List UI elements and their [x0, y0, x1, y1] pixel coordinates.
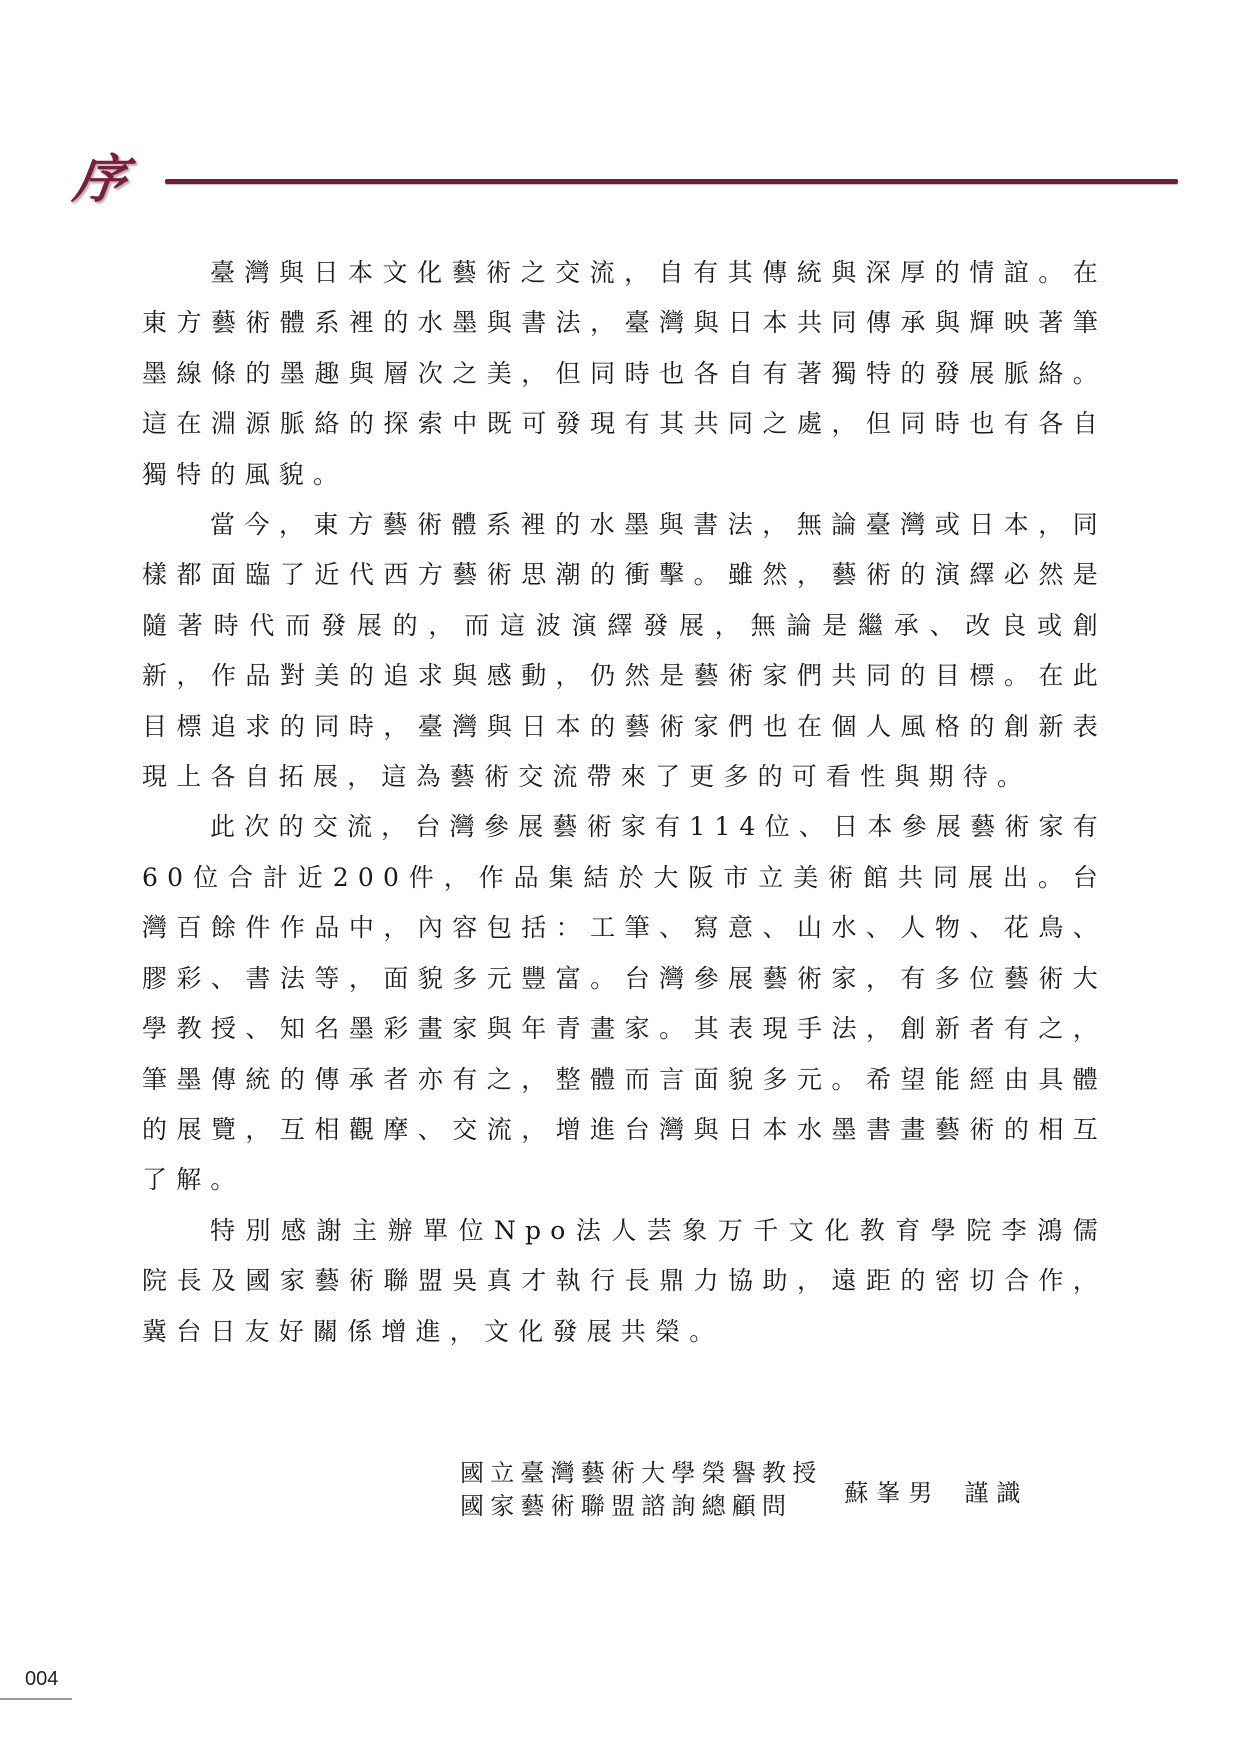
header-divider [165, 179, 1178, 184]
paragraph: 臺灣與日本文化藝術之交流，自有其傳統與深厚的情誼。在東方藝術體系裡的水墨與書法，… [142, 248, 1107, 500]
paragraph: 當今，東方藝術體系裡的水墨與書法，無論臺灣或日本，同樣都面臨了近代西方藝術思潮的… [142, 500, 1107, 802]
signature-title: 國家藝術聯盟諮詢總顧問 [460, 1490, 822, 1523]
signature-title: 國立臺灣藝術大學榮譽教授 [460, 1457, 822, 1490]
page-number: 004 [25, 1668, 58, 1691]
signature-block: 國立臺灣藝術大學榮譽教授 國家藝術聯盟諮詢總顧問 蘇峯男 謹識 [460, 1457, 1028, 1523]
signature-titles: 國立臺灣藝術大學榮譽教授 國家藝術聯盟諮詢總顧問 [460, 1457, 822, 1523]
section-title: 序 [70, 148, 131, 212]
section-header: 序 [68, 148, 1178, 218]
signature-name: 蘇峯男 [844, 1473, 940, 1508]
paragraph: 此次的交流，台灣參展藝術家有114位、日本參展藝術家有60位合計近200件，作品… [142, 802, 1107, 1205]
signature-closing: 謹識 [964, 1473, 1028, 1508]
paragraph: 特別感謝主辦單位Npo法人芸象万千文化教育學院李鴻儒院長及國家藝術聯盟吳真才執行… [142, 1206, 1107, 1357]
footer-divider [0, 1698, 72, 1700]
preface-body: 臺灣與日本文化藝術之交流，自有其傳統與深厚的情誼。在東方藝術體系裡的水墨與書法，… [142, 248, 1107, 1357]
